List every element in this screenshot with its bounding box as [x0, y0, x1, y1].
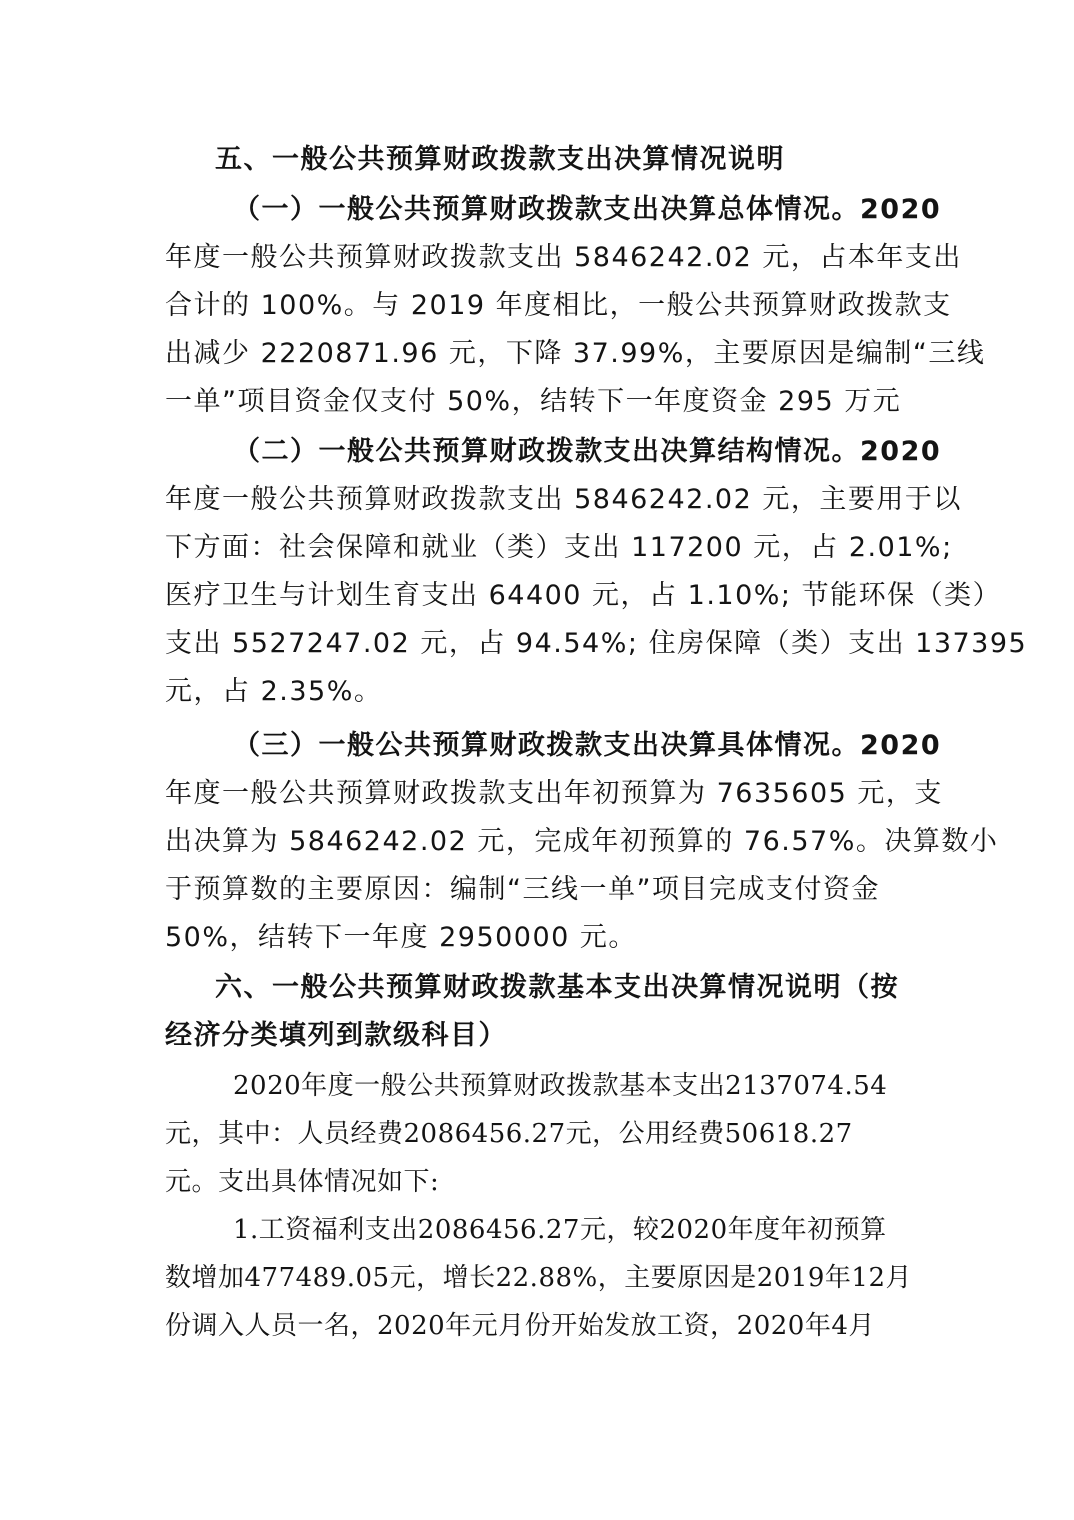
sub-2-heading-line: （二）一般公共预算财政拨款支出决算结构情况。2020	[233, 434, 941, 470]
sub-3-text-line: 50%，结转下一年度 2950000 元。	[165, 920, 637, 956]
section-5-heading: 五、一般公共预算财政拨款支出决算情况说明	[215, 142, 785, 178]
sub-1-text-line: 合计的 100%。与 2019 年度相比，一般公共预算财政拨款支	[165, 288, 952, 324]
sub-3-text-line: 年度一般公共预算财政拨款支出年初预算为 7635605 元，支	[165, 776, 943, 812]
sub-1-heading-line: （一）一般公共预算财政拨款支出决算总体情况。2020	[233, 192, 941, 228]
item-1-text-line: 数增加477489.05元，增长22.88%，主要原因是2019年12月	[165, 1260, 912, 1296]
sub-3-text-line: 于预算数的主要原因：编制“三线一单”项目完成支付资金	[165, 872, 880, 908]
item-1-text-line: 1.工资福利支出2086456.27元，较2020年度年初预算	[233, 1212, 887, 1248]
basic-expense-text-line: 元，其中：人员经费2086456.27元，公用经费50618.27	[165, 1116, 853, 1152]
sub-1-text-line: 一单”项目资金仅支付 50%，结转下一年度资金 295 万元	[165, 384, 901, 420]
sub-1-text-line: 出减少 2220871.96 元，下降 37.99%，主要原因是编制“三线	[165, 336, 985, 372]
document-page: 五、一般公共预算财政拨款支出决算情况说明 （一）一般公共预算财政拨款支出决算总体…	[0, 0, 1074, 1520]
basic-expense-text-line: 2020年度一般公共预算财政拨款基本支出2137074.54	[233, 1068, 887, 1104]
section-6-heading-line: 六、一般公共预算财政拨款基本支出决算情况说明（按	[215, 970, 899, 1006]
sub-2-text-line: 支出 5527247.02 元，占 94.54%; 住房保障（类）支出 1373…	[165, 626, 1027, 662]
sub-2-text-line: 医疗卫生与计划生育支出 64400 元，占 1.10%; 节能环保（类）	[165, 578, 1001, 614]
sub-2-text-line: 下方面：社会保障和就业（类）支出 117200 元，占 2.01%;	[165, 530, 953, 566]
item-1-text-line: 份调入人员一名，2020年元月份开始发放工资，2020年4月	[165, 1308, 875, 1344]
sub-3-heading-line: （三）一般公共预算财政拨款支出决算具体情况。2020	[233, 728, 941, 764]
sub-2-text-line: 元，占 2.35%。	[165, 674, 382, 710]
sub-1-text-line: 年度一般公共预算财政拨款支出 5846242.02 元，占本年支出	[165, 240, 962, 276]
sub-2-text-line: 年度一般公共预算财政拨款支出 5846242.02 元，主要用于以	[165, 482, 962, 518]
section-6-heading-line: 经济分类填列到款级科目）	[165, 1018, 507, 1054]
basic-expense-text-line: 元。支出具体情况如下:	[165, 1164, 439, 1200]
sub-3-text-line: 出决算为 5846242.02 元，完成年初预算的 76.57%。决算数小	[165, 824, 998, 860]
